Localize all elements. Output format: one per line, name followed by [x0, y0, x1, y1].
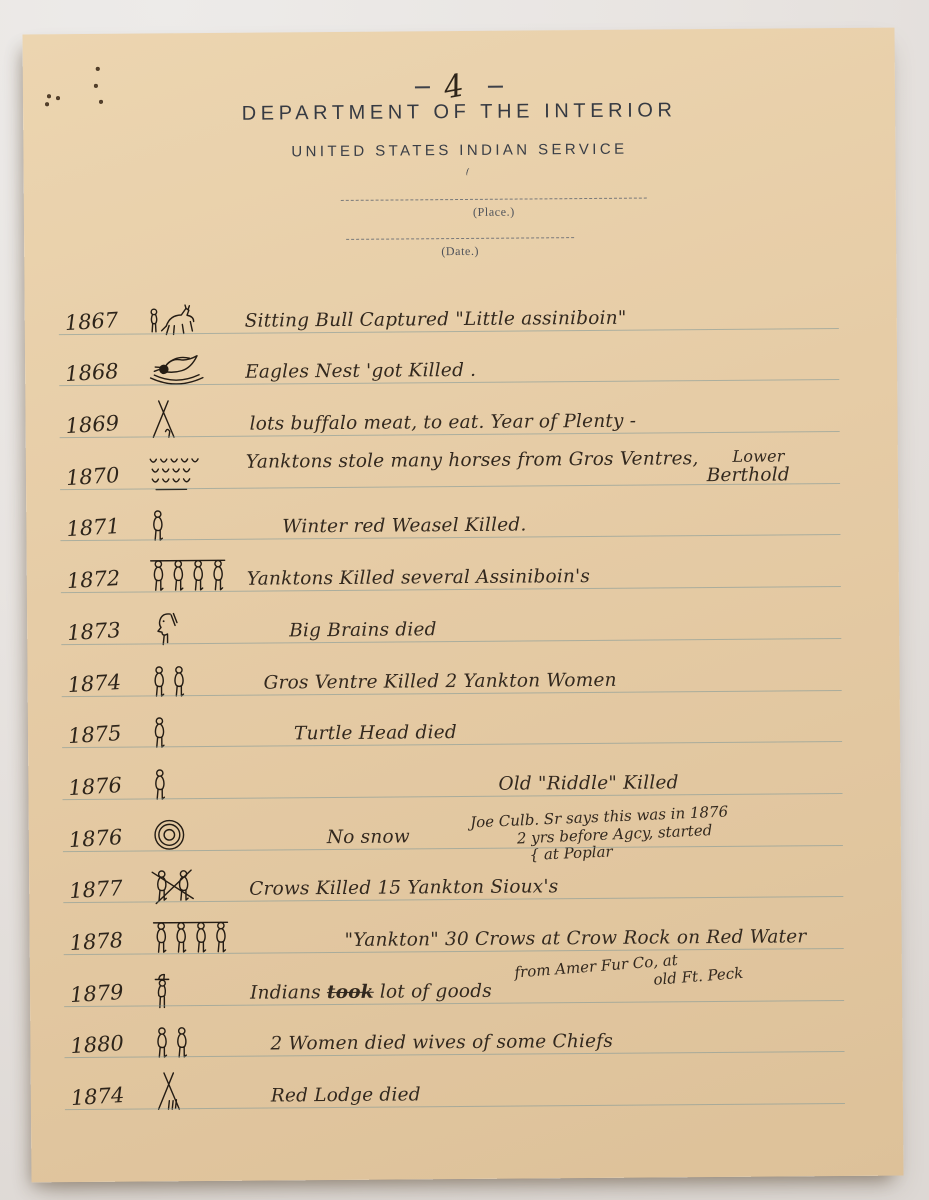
- entry-text: Turtle Head died: [248, 722, 457, 745]
- entry-text: 2 Women died wives of some Chiefs: [250, 1031, 613, 1055]
- ledger-row: 1875 Turtle Head died: [28, 697, 900, 756]
- entry-text: Eagles Nest 'got Killed .: [245, 360, 476, 383]
- ledger-row: 1872 Yanktons Killed several Assiniboin'…: [27, 542, 899, 601]
- year-label: 1873: [67, 616, 146, 645]
- pinhole-dot: [96, 67, 100, 71]
- entry-text: lots buffalo meat, to eat. Year of Plent…: [245, 411, 636, 435]
- two-people-crossed-icon: [147, 869, 249, 906]
- winter-count-ledger: 1867 Sitting Bull Captured "Little assin…: [25, 284, 903, 1118]
- ledger-row: 1876 No snowJoe Culb. Sr says this was i…: [29, 800, 901, 859]
- ledger-row: 1874 Red Lodge died: [31, 1059, 903, 1118]
- year-label: 1870: [65, 461, 144, 490]
- two-people-icon: [145, 664, 247, 699]
- ledger-row: 1880 2 Women died wives of some Chiefs: [30, 1007, 902, 1066]
- year-label: 1880: [70, 1030, 149, 1059]
- head-profile-icon: [145, 609, 247, 648]
- four-people-icon: [147, 921, 249, 958]
- year-label: 1877: [69, 875, 148, 904]
- ledger-row: 1878 "Yankton" 30 Crows at Crow Rock on …: [29, 904, 901, 963]
- entry-text: Yanktons stole many horses from Gros Ven…: [246, 447, 790, 486]
- entry-text: Red Lodge died: [251, 1084, 421, 1106]
- year-label: 1872: [66, 565, 145, 594]
- year-label: 1879: [69, 978, 148, 1007]
- ledger-row: 1879 Indians took lot of goodsfrom Amer …: [30, 956, 902, 1015]
- year-label: 1868: [65, 358, 144, 387]
- entry-text: Old "Riddle" Killed: [248, 772, 678, 796]
- year-label: 1876: [68, 823, 147, 852]
- printed-dash: [488, 86, 503, 88]
- entry-text: Winter red Weasel Killed.: [246, 515, 526, 538]
- date-caption: (Date.): [346, 243, 574, 260]
- entry-text: Yanktons Killed several Assiniboin's: [247, 566, 590, 590]
- entry-text: No snow: [249, 826, 410, 848]
- year-label: 1867: [64, 306, 143, 335]
- ledger-row: 1867 Sitting Bull Captured "Little assin…: [25, 284, 897, 343]
- person-with-hat-icon: [148, 970, 250, 1009]
- person-and-horse-icon: [143, 302, 245, 337]
- ledger-row: 1869 lots buffalo meat, to eat. Year of …: [25, 387, 897, 446]
- year-label: 1878: [69, 926, 148, 955]
- entry-text: Gros Ventre Killed 2 Yankton Women: [248, 669, 617, 693]
- tipi-icon: [143, 398, 245, 441]
- year-label: 1874: [67, 668, 146, 697]
- ledger-row: 1868 Eagles Nest 'got Killed .: [25, 335, 897, 394]
- tipi-marked-icon: [149, 1070, 251, 1113]
- letterhead-service: UNITED STATES INDIAN SERVICE: [23, 139, 895, 163]
- black-spiral-icon: [147, 815, 249, 854]
- person-icon: [144, 509, 246, 544]
- date-blank-line: [346, 237, 574, 240]
- stacked-words: LowerBerthold: [706, 452, 789, 483]
- four-people-icon: [145, 559, 247, 596]
- ledger-row: 1871 Winter red Weasel Killed.: [26, 490, 898, 549]
- year-label: 1876: [68, 771, 147, 800]
- year-label: 1869: [65, 410, 144, 439]
- entry-text: Big Brains died: [247, 619, 437, 641]
- ledger-row: 1870 Yanktons stole many horses from Gro…: [26, 439, 898, 498]
- entry-text: Crows Killed 15 Yankton Sioux's: [249, 877, 558, 900]
- entry-text: Indians took lot of goods: [250, 980, 492, 1003]
- ledger-row: 1877 Crows Killed 15 Yankton Sioux's: [29, 852, 901, 911]
- place-caption: (Place.): [341, 204, 647, 221]
- place-blank-line: [341, 198, 647, 201]
- photo-background: 4 DEPARTMENT OF THE INTERIOR UNITED STAT…: [0, 0, 929, 1200]
- year-label: 1875: [67, 720, 146, 749]
- person-icon: [146, 768, 248, 803]
- ledger-row: 1876 Old "Riddle" Killed: [28, 749, 900, 808]
- document-page: 4 DEPARTMENT OF THE INTERIOR UNITED STAT…: [23, 28, 904, 1183]
- year-label: 1871: [66, 513, 145, 542]
- overwritten-word: took: [327, 981, 374, 1002]
- entry-text: Sitting Bull Captured "Little assiniboin…: [245, 307, 627, 331]
- letterhead-ornament-mark: [466, 168, 472, 177]
- person-icon: [146, 716, 248, 751]
- horse-tracks-icon: [144, 455, 246, 492]
- ledger-row: 1874 Gros Ventre Killed 2 Yankton Women: [27, 645, 899, 704]
- two-people-icon: [148, 1026, 250, 1061]
- ledger-row: 1873 Big Brains died: [27, 594, 899, 653]
- year-label: 1874: [70, 1081, 149, 1110]
- printed-dash: [415, 86, 430, 88]
- eagle-on-nest-icon: [143, 350, 245, 389]
